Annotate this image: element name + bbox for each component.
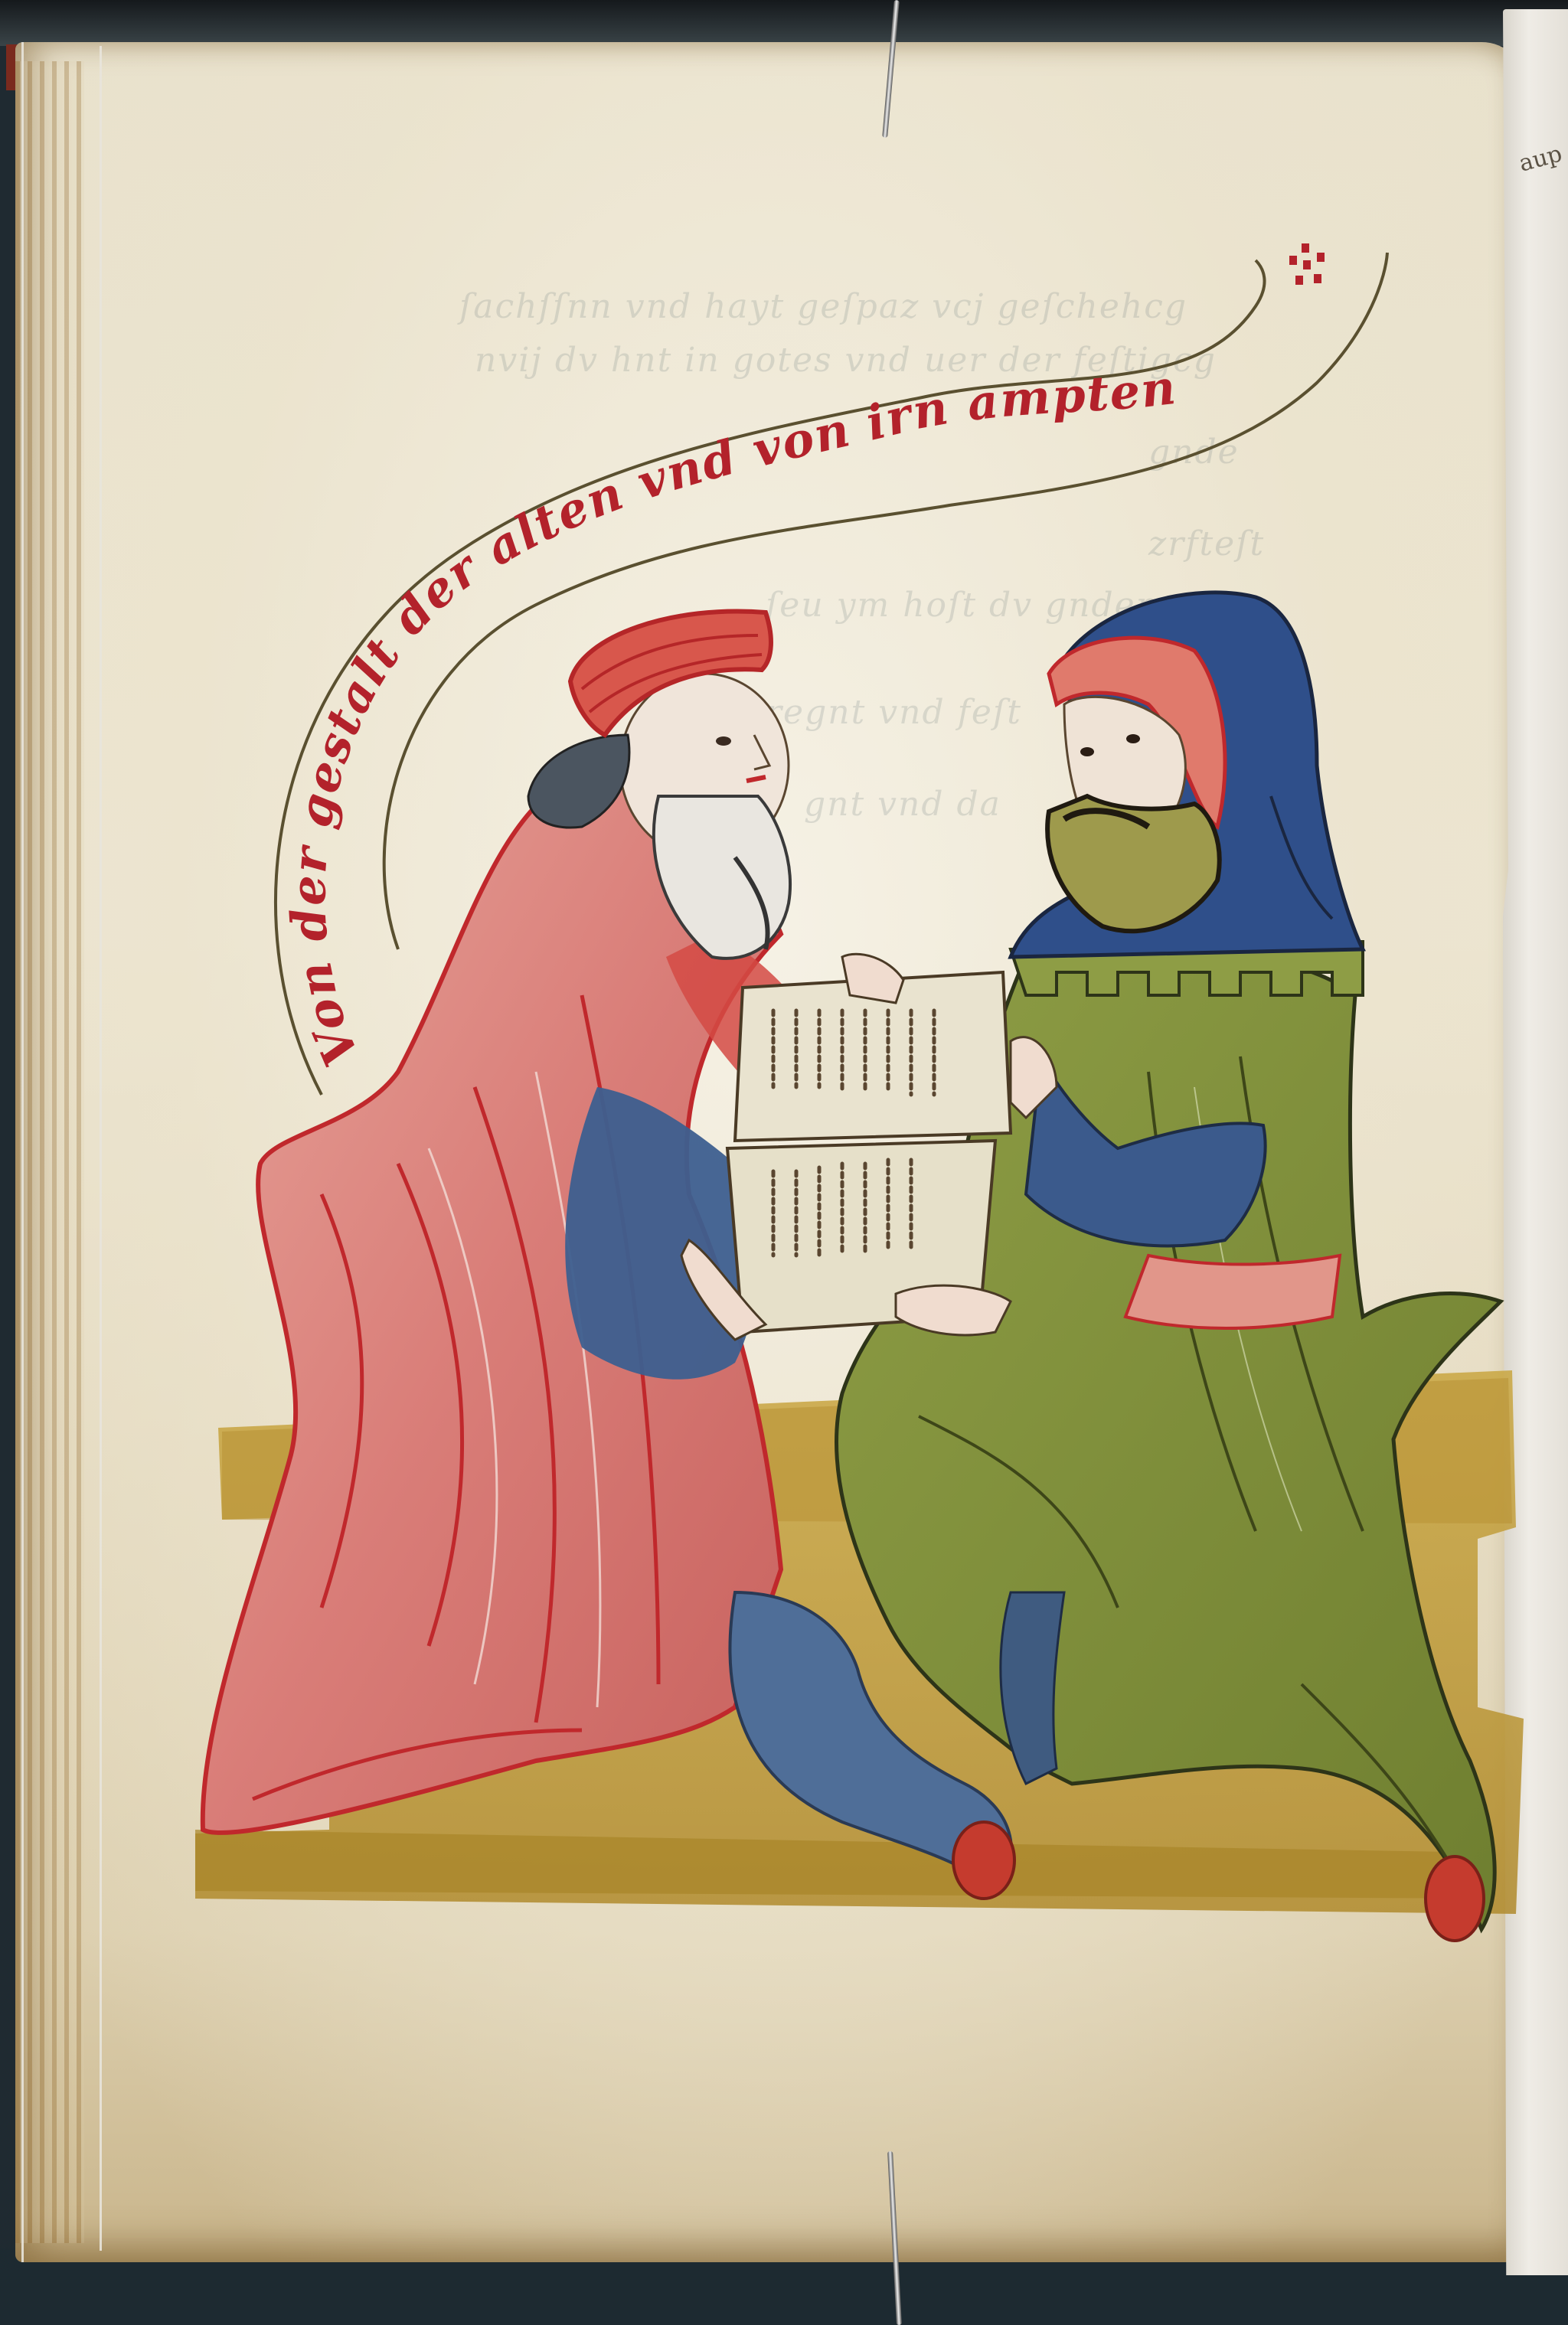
paragraph-mark-icon [1289,243,1325,285]
miniature-illustration: Von der gestalt der alten vnd von irn am… [0,0,1568,2325]
